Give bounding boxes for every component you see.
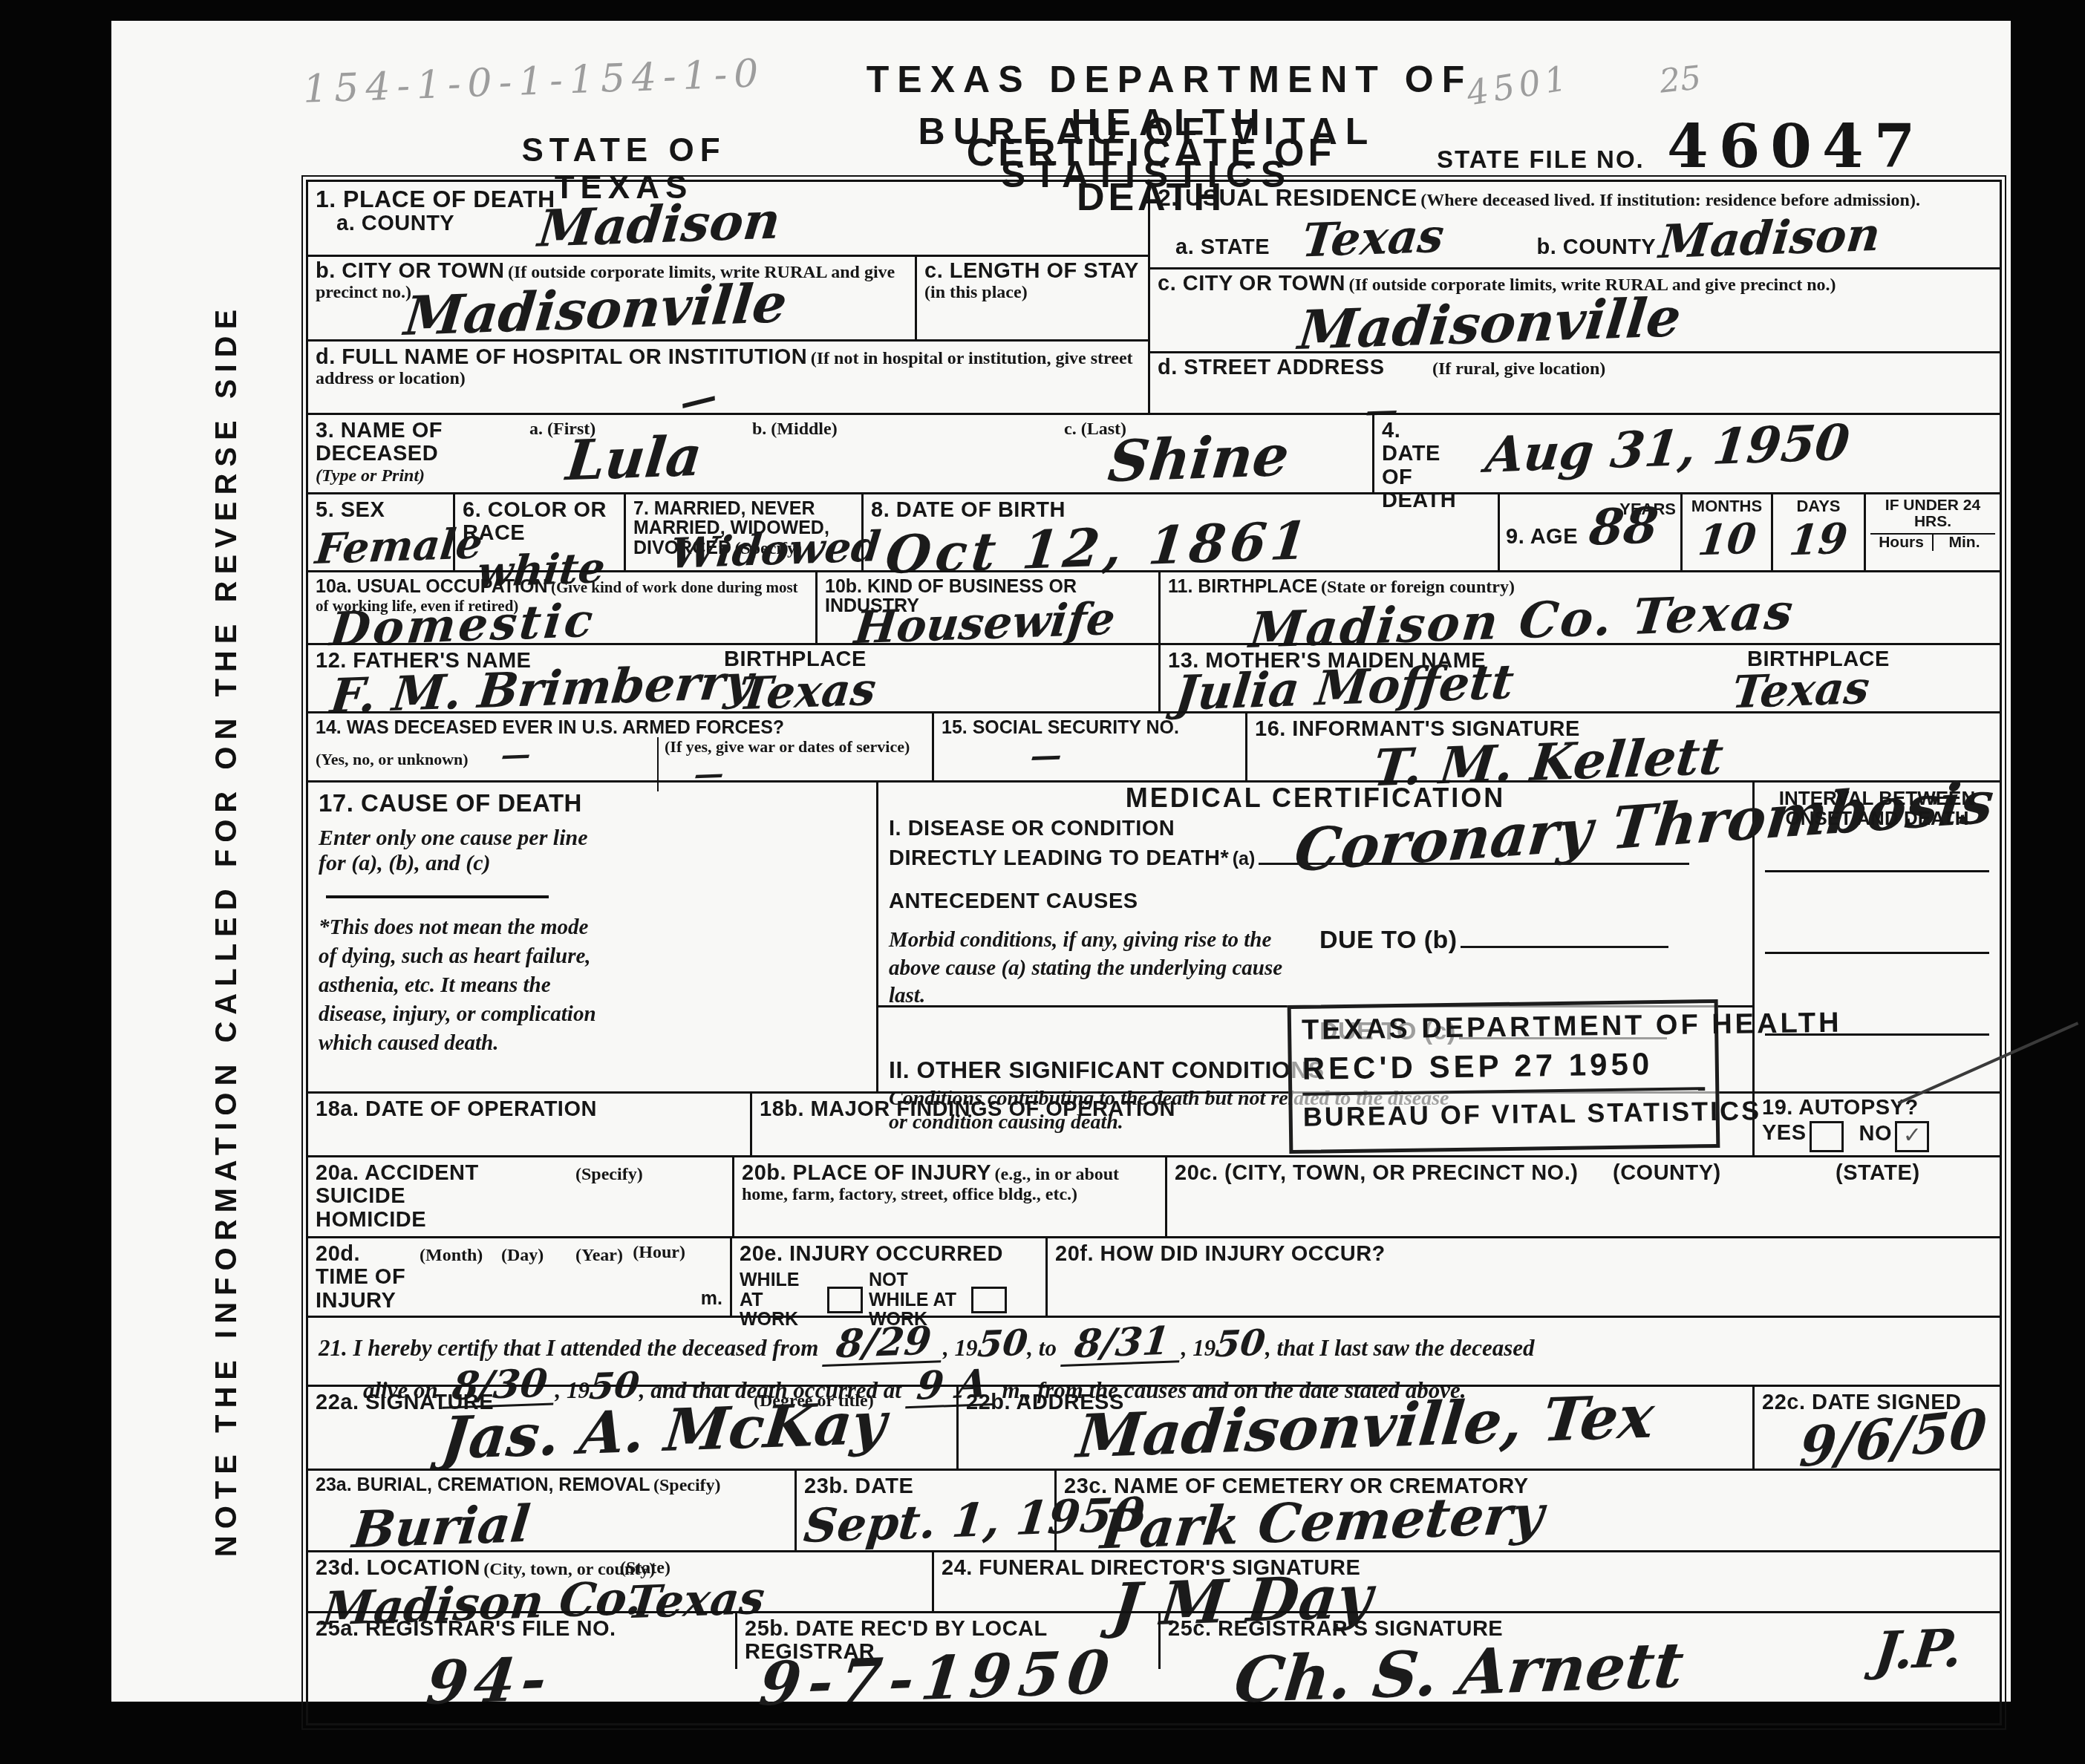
row-registrar: 25a. REGISTRAR'S FILE NO. 94- 25b. DATE … (308, 1611, 2000, 1669)
age-cell: 9. AGE YEARS 88 MONTHS 10 DAYS 19 IF UND… (1500, 494, 2000, 570)
antecedent-label: ANTECEDENT CAUSES (889, 890, 1742, 913)
registrar-date-cell: 25b. DATE REC'D BY LOCAL REGISTRAR 9-7-1… (737, 1613, 1161, 1669)
place-hospital-label: d. FULL NAME OF HOSPITAL OR INSTITUTION (316, 345, 807, 369)
row-place-residence: 1. PLACE OF DEATH a. COUNTY Madison b. C… (308, 182, 2000, 413)
injury-state-label: (STATE) (1836, 1162, 1920, 1185)
physician-signature-value: Jas. A. McKay (438, 1389, 889, 1472)
cause-of-death-cell: 17. CAUSE OF DEATH Enter only one cause … (308, 783, 878, 1091)
burial-type-paren: (Specify) (653, 1476, 721, 1495)
margin-note: NOTE THE INFORMATION CALLED FOR ON THE R… (210, 262, 244, 1598)
row-demographics: 5. SEX Female 6. COLOR OR RACE white 7. … (308, 492, 2000, 570)
state-file-number: 46047 (1667, 111, 1925, 181)
place-city-label: b. CITY OR TOWN (316, 259, 505, 283)
row-occupation: 10a. USUAL OCCUPATION (Give kind of work… (308, 570, 2000, 643)
age-years-value: 88 (1587, 496, 1661, 557)
place-stay-label: c. LENGTH OF STAY (924, 259, 1139, 283)
stamp-line2: REC'D SEP 27 1950 (1302, 1045, 1705, 1087)
accident-label: 20a. ACCIDENT SUICIDE HOMICIDE (316, 1162, 509, 1232)
operation-date-label: 18a. DATE OF OPERATION (316, 1097, 597, 1121)
burial-location-cell: 23d. LOCATION (City, town, or county) (S… (308, 1552, 934, 1611)
occupation-label: 10a. USUAL OCCUPATION (316, 576, 548, 597)
age-months-label: MONTHS (1691, 497, 1762, 515)
name-last-value: Shine (1105, 422, 1292, 495)
name-last-cell: c. (Last) Shine (1057, 415, 1374, 492)
row-location-director: 23d. LOCATION (City, town, or county) (S… (308, 1550, 2000, 1611)
residence-city-label: c. CITY OR TOWN (1158, 272, 1345, 295)
injury-city-cell: 20c. (CITY, TOWN, OR PRECINCT NO.) (COUN… (1167, 1157, 2000, 1236)
section-usual-residence: 2. USUAL RESIDENCE (Where deceased lived… (1150, 182, 2000, 413)
name-middle-cell: b. (Middle) (745, 415, 1057, 492)
scanned-death-certificate: NOTE THE INFORMATION CALLED FOR ON THE R… (0, 0, 2085, 1764)
autopsy-no-label: NO (1859, 1122, 1892, 1146)
operation-date-cell: 18a. DATE OF OPERATION (308, 1094, 752, 1155)
injury-county-label: (COUNTY) (1613, 1162, 1721, 1185)
name-title-cell: 3. NAME OF DECEASED (Type or Print) (308, 415, 522, 492)
age-days-value: 19 (1787, 514, 1850, 565)
cause-note1: Enter only one cause per line for (a), (… (319, 826, 601, 876)
stamp-line3: BUREAU OF VITAL STATISTICS (1302, 1087, 1706, 1133)
age-under24-label: IF UNDER 24 HRS. (1885, 497, 1980, 530)
certificate-form: 1. PLACE OF DEATH a. COUNTY Madison b. C… (306, 180, 2002, 1725)
armed-forces-paren2: (If yes, give war or dates of service) (665, 737, 910, 756)
burial-date-label: 23b. DATE (804, 1474, 913, 1498)
accident-cell: 20a. ACCIDENT SUICIDE HOMICIDE (Specify) (308, 1157, 734, 1236)
birthplace-cell: 11. BIRTHPLACE (State or foreign country… (1161, 572, 2000, 643)
disease-label-2: DIRECTLY LEADING TO DEATH* (889, 846, 1229, 870)
residence-county-value: Madison (1657, 207, 1883, 269)
certify-from-date: 8/29 (822, 1322, 945, 1367)
informant-cell: 16. INFORMANT'S SIGNATURE T. M. Kellett (1247, 713, 2000, 780)
occupation-cell: 10a. USUAL OCCUPATION (Give kind of work… (308, 572, 818, 643)
age-hours-label: Hours (1870, 535, 1934, 551)
date-signed-cell: 22c. DATE SIGNED 9/6/50 (1755, 1387, 2000, 1469)
residence-street-label: d. STREET ADDRESS (1158, 356, 1385, 379)
row-certify-statement: 21. I hereby certify that I attended the… (308, 1316, 2000, 1385)
place-stay-paren: (in this place) (924, 283, 1028, 302)
residence-title-paren: (Where deceased lived. If institution: r… (1420, 191, 1920, 210)
place-of-injury-label: 20b. PLACE OF INJURY (742, 1161, 991, 1185)
not-while-at-work-checkbox (971, 1287, 1007, 1313)
injury-m-label: m. (701, 1289, 722, 1308)
place-of-injury-cell: 20b. PLACE OF INJURY (e.g., in or about … (734, 1157, 1167, 1236)
residence-state-label: a. STATE (1175, 235, 1270, 259)
injury-hour-label: (Hour) (633, 1243, 685, 1263)
interval-label: INTERVAL BETWEEN ONSET AND DEATH (1761, 788, 1994, 829)
row-burial: 23a. BURIAL, CREMATION, REMOVAL (Specify… (308, 1469, 2000, 1550)
certify-text-5: , that I last saw the deceased (1265, 1335, 1535, 1361)
residence-city-value: Madisonville (1296, 285, 1684, 362)
armed-forces-value1: — (500, 736, 533, 773)
father-cell: 12. FATHER'S NAME BIRTHPLACE F. M. Brimb… (308, 645, 1161, 711)
injury-city-label: 20c. (CITY, TOWN, OR PRECINCT NO.) (1175, 1161, 1578, 1185)
funeral-director-cell: 24. FUNERAL DIRECTOR'S SIGNATURE J M Day (934, 1552, 2000, 1611)
certify-from-year: 50 (976, 1325, 1029, 1363)
death-date-cell: 4. DATE OF DEATH Aug 31, 1950 (1374, 415, 2000, 492)
injury-occurred-label: 20e. INJURY OCCURRED (740, 1242, 1003, 1266)
accident-paren: (Specify) (575, 1165, 643, 1185)
cause-note2: *This does not mean the mode of dying, s… (319, 913, 608, 1059)
race-label: 6. COLOR OR RACE (463, 498, 607, 545)
cemetery-cell: 23c. NAME OF CEMETERY OR CREMATORY Park … (1057, 1471, 2000, 1550)
ssn-value: — (1028, 736, 1063, 774)
section-place-of-death: 1. PLACE OF DEATH a. COUNTY Madison b. C… (308, 182, 1150, 413)
ssn-cell: 15. SOCIAL SECURITY NO. — (934, 713, 1247, 780)
age-months-value: 10 (1695, 514, 1758, 565)
place-county-value: Madison (535, 191, 783, 259)
row-injury-1: 20a. ACCIDENT SUICIDE HOMICIDE (Specify)… (308, 1155, 2000, 1236)
armed-forces-paren1: (Yes, no, or unknown) (316, 750, 469, 768)
while-at-work-checkbox (827, 1287, 863, 1313)
physician-signature-cell: 22a. SIGNATURE (Degree or title) Jas. A.… (308, 1387, 959, 1469)
physician-address-cell: 22b. ADDRESS Madisonville, Tex (959, 1387, 1755, 1469)
injury-occurred-cell: 20e. INJURY OCCURRED WHILE AT WORK NOT W… (732, 1238, 1048, 1316)
marital-cell: 7. MARRIED, NEVER MARRIED, WIDOWED, DIVO… (626, 494, 864, 570)
sex-label: 5. SEX (316, 498, 385, 522)
burial-type-cell: 23a. BURIAL, CREMATION, REMOVAL (Specify… (308, 1471, 797, 1550)
residence-title: 2. USUAL RESIDENCE (1158, 184, 1417, 211)
certify-text-4: , 19 (1181, 1335, 1216, 1361)
registrar-file-value: 94- (423, 1644, 555, 1718)
age-label: 9. AGE (1506, 525, 1578, 549)
registrar-file-cell: 25a. REGISTRAR'S FILE NO. 94- (308, 1613, 737, 1669)
disease-label-1: I. DISEASE OR CONDITION (889, 817, 1175, 840)
injury-month-label: (Month) (420, 1246, 483, 1266)
row-medical-certification: 17. CAUSE OF DEATH Enter only one cause … (308, 780, 2000, 1091)
residence-state-value: Texas (1300, 209, 1447, 268)
row-parents: 12. FATHER'S NAME BIRTHPLACE F. M. Brimb… (308, 643, 2000, 711)
ssn-label: 15. SOCIAL SECURITY NO. (942, 717, 1179, 738)
race-cell: 6. COLOR OR RACE white (455, 494, 626, 570)
autopsy-yes-label: YES (1762, 1122, 1807, 1146)
burial-location-label: 23d. LOCATION (316, 1556, 480, 1580)
birth-date-cell: 8. DATE OF BIRTH Oct 12, 1861 (864, 494, 1500, 570)
place-title: 1. PLACE OF DEATH (316, 186, 555, 212)
physician-address-value: Madisonville, Tex (1074, 1381, 1657, 1471)
age-days-label: DAYS (1796, 497, 1840, 515)
industry-cell: 10b. KIND OF BUSINESS OR INDUSTRY Housew… (818, 572, 1161, 643)
certify-to-year: 50 (1214, 1325, 1267, 1363)
burial-type-label: 23a. BURIAL, CREMATION, REMOVAL (316, 1474, 650, 1495)
registrar-signature-value: Ch. S. Arnett (1231, 1627, 1687, 1717)
received-stamp: TEXAS DEPARTMENT OF HEALTH REC'D SEP 27 … (1288, 999, 1720, 1154)
mother-cell: 13. MOTHER'S MAIDEN NAME BIRTHPLACE Juli… (1161, 645, 2000, 711)
autopsy-label: 19. AUTOPSY? (1762, 1096, 1919, 1120)
row-forces-ssn-informant: 14. WAS DECEASED EVER IN U.S. ARMED FORC… (308, 711, 2000, 780)
registrar-file-label: 25a. REGISTRAR'S FILE NO. (316, 1617, 616, 1641)
name-title: 3. NAME OF DECEASED (316, 419, 443, 465)
place-county-label: a. COUNTY (336, 212, 454, 235)
how-injury-label: 20f. HOW DID INJURY OCCUR? (1055, 1242, 1386, 1266)
injury-year-label: (Year) (575, 1246, 623, 1266)
disease-a-label: (a) (1233, 849, 1256, 869)
certify-cell: 21. I hereby certify that I attended the… (308, 1318, 2000, 1385)
registrar-date-value: 9-7-1950 (756, 1636, 1120, 1719)
armed-forces-label: 14. WAS DECEASED EVER IN U.S. ARMED FORC… (316, 717, 784, 738)
age-min-label: Min. (1934, 535, 1995, 551)
residence-street-paren: (If rural, give location) (1432, 359, 1605, 379)
morbid-text: Morbid conditions, if any, giving rise t… (889, 927, 1305, 1010)
armed-forces-cell: 14. WAS DECEASED EVER IN U.S. ARMED FORC… (308, 713, 934, 780)
stamp-line1: TEXAS DEPARTMENT OF HEALTH (1302, 1009, 1705, 1047)
row-name: 3. NAME OF DECEASED (Type or Print) a. (… (308, 413, 2000, 492)
injury-day-label: (Day) (501, 1246, 544, 1266)
row-injury-2: 20d. TIME OF INJURY (Month) (Day) (Year)… (308, 1236, 2000, 1316)
name-first-value: Lula (564, 425, 705, 494)
certify-text-2: , 19 (943, 1335, 978, 1361)
jp-annotation: J.P. (1872, 1617, 1965, 1682)
due-to-b-label: DUE TO (b) (1319, 926, 1458, 954)
cause-label: 17. CAUSE OF DEATH (319, 789, 582, 817)
operation-findings-label: 18b. MAJOR FINDINGS OF OPERATION (760, 1097, 1175, 1121)
name-middle-label: b. (Middle) (752, 419, 838, 439)
autopsy-yes-checkbox (1810, 1121, 1844, 1152)
autopsy-cell: 19. AUTOPSY? YES NO ✓ (1755, 1094, 2000, 1155)
death-date-value: Aug 31, 1950 (1483, 413, 1853, 483)
birthplace-label: 11. BIRTHPLACE (1168, 576, 1317, 597)
interval-cell: INTERVAL BETWEEN ONSET AND DEATH (1755, 783, 2000, 1091)
sex-cell: 5. SEX Female (308, 494, 455, 570)
certify-text-3: , to (1027, 1335, 1057, 1361)
pencil-note-right-b: 25 (1657, 59, 1703, 101)
mother-birthplace-value: Texas (1729, 662, 1872, 719)
burial-date-cell: 23b. DATE Sept. 1, 1950 (797, 1471, 1057, 1550)
time-of-injury-label: 20d. TIME OF INJURY (316, 1243, 412, 1313)
how-injury-cell: 20f. HOW DID INJURY OCCUR? (1048, 1238, 2000, 1316)
autopsy-no-checkbox: ✓ (1895, 1121, 1929, 1152)
certify-text-1: I hereby certify that I attended the dec… (353, 1335, 819, 1361)
header-state-file-no-label: STATE FILE NO. (1437, 146, 1645, 174)
residence-county-label: b. COUNTY (1536, 235, 1656, 259)
name-title-paren: (Type or Print) (316, 466, 425, 486)
name-first-cell: a. (First) Lula (522, 415, 745, 492)
place-city-value: Madisonville (402, 271, 790, 347)
row-physician: 22a. SIGNATURE (Degree or title) Jas. A.… (308, 1385, 2000, 1469)
certify-to-date: 8/31 (1060, 1322, 1184, 1367)
time-of-injury-cell: 20d. TIME OF INJURY (Month) (Day) (Year)… (308, 1238, 732, 1316)
certify-number: 21. (319, 1335, 347, 1361)
